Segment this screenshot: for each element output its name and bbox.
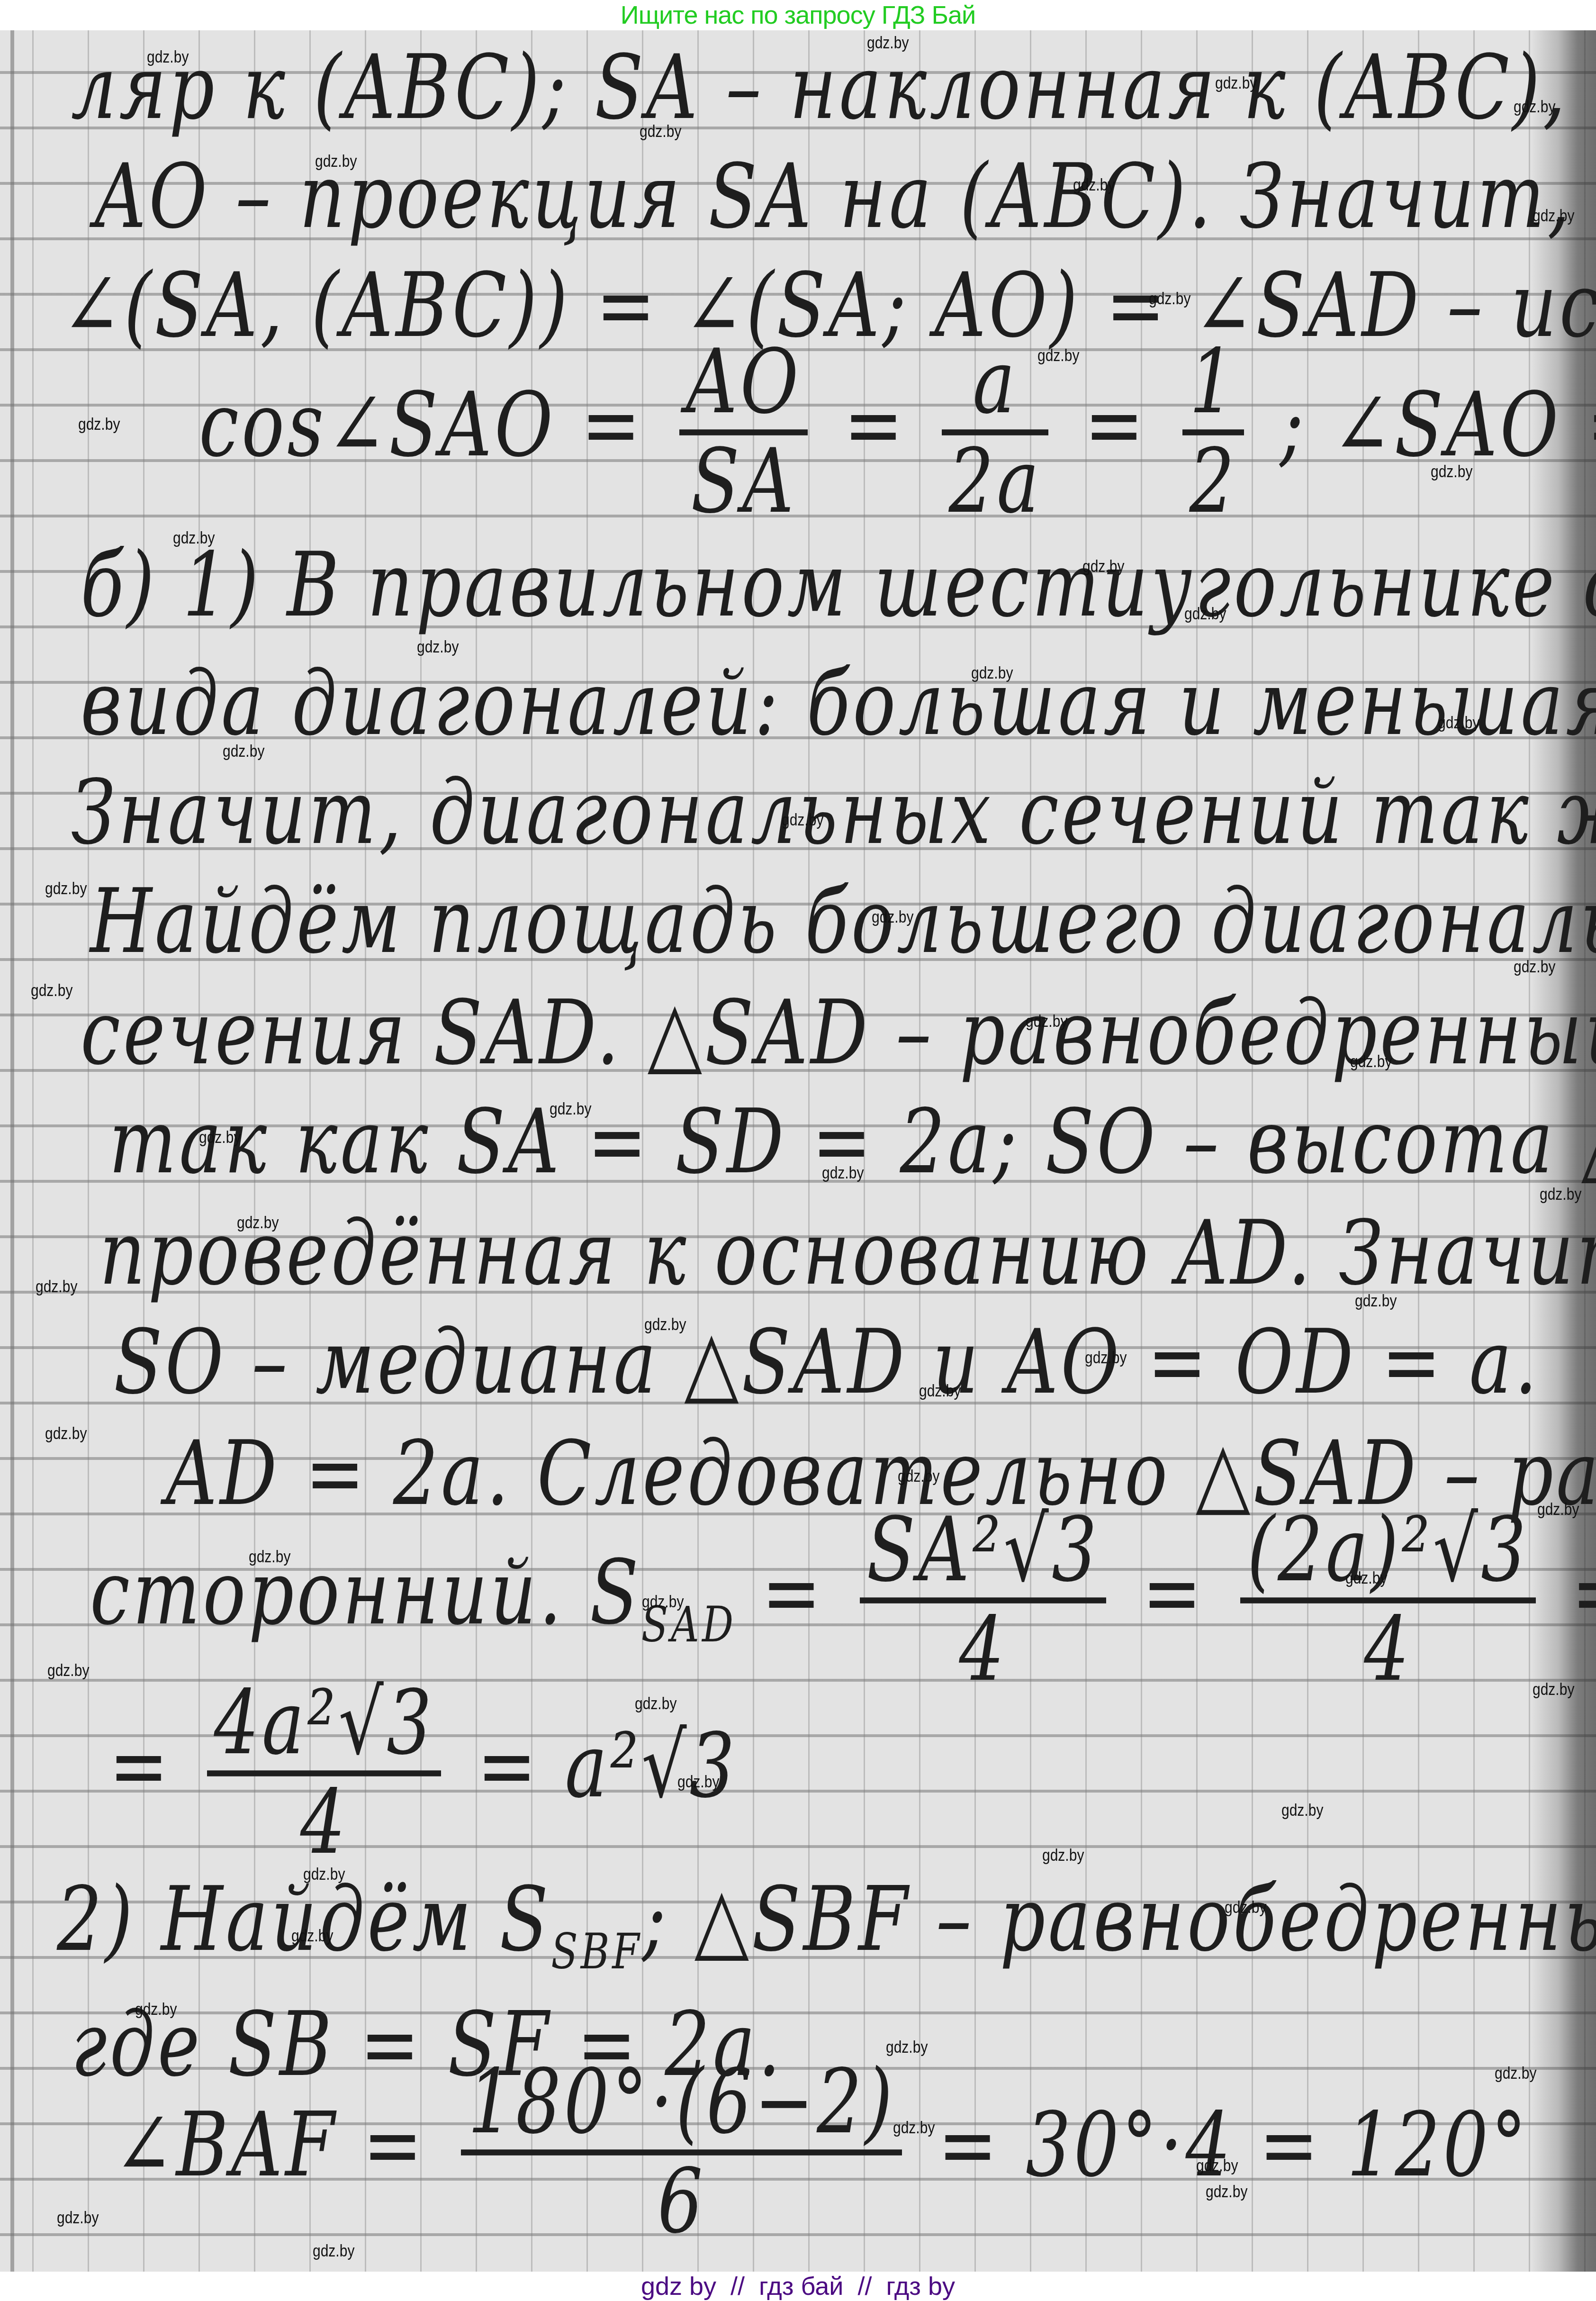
line-text: = 30°·4 = 120° xyxy=(938,2093,1530,2197)
top-banner: Ищите нас по запросу ГДЗ Бай xyxy=(0,0,1596,30)
fraction-denominator: 6 xyxy=(461,2155,902,2248)
watermark-label: gdz.by xyxy=(1345,1569,1387,1588)
handwritten-line: ляр к (ABC); SA – наклонная к (ABC), xyxy=(71,36,1568,140)
watermark-label: gdz.by xyxy=(1225,1899,1266,1917)
notebook-margin-line xyxy=(10,30,14,2272)
line-text: сторонний. xyxy=(90,1541,564,1645)
line-text: Найдём площадь большего диагонального xyxy=(90,870,1596,974)
watermark-label: gdz.by xyxy=(313,2242,354,2261)
fraction-denominator: 4 xyxy=(860,1603,1106,1696)
line-text: SO – медиана △SAD и AO = OD = a. xyxy=(114,1311,1540,1414)
watermark-label: gdz.by xyxy=(1438,714,1479,733)
watermark-label: gdz.by xyxy=(291,1927,333,1946)
watermark-label: gdz.by xyxy=(642,1593,684,1612)
handwritten-line: б) 1) В правильном шестиугольнике два xyxy=(81,534,1596,637)
line-text: вида диагоналей: большая и меньшая. xyxy=(81,652,1596,756)
watermark-label: gdz.by xyxy=(872,908,913,927)
fraction-denominator: 4 xyxy=(1240,1603,1535,1696)
watermark-label: gdz.by xyxy=(135,2001,177,2019)
area-label: S xyxy=(499,1868,551,1972)
handwritten-line: проведённая к основанию AD. Значит, xyxy=(99,1202,1596,1305)
fraction: 4a²√34 xyxy=(207,1677,441,1869)
watermark-label: gdz.by xyxy=(677,1773,719,1792)
watermark-label: gdz.by xyxy=(199,1129,241,1147)
fraction-denominator: 4 xyxy=(207,1776,441,1869)
watermark-label: gdz.by xyxy=(898,1468,939,1486)
fraction-numerator: (2a)²√3 xyxy=(1240,1504,1535,1603)
watermark-label: gdz.by xyxy=(47,1662,89,1680)
watermark-label: gdz.by xyxy=(640,123,681,141)
line-text: ляр к (ABC); SA – наклонная к (ABC), xyxy=(71,36,1568,140)
handwritten-line: SO – медиана △SAD и AO = OD = a. xyxy=(114,1311,1540,1414)
equals-sign: = xyxy=(762,1541,824,1645)
fraction-numerator: AO xyxy=(679,336,808,435)
watermark-label: gdz.by xyxy=(1514,98,1555,117)
bottom-banner: gdz by // гдз бай // гдз by xyxy=(0,2272,1596,2301)
watermark-label: gdz.by xyxy=(36,1278,77,1296)
watermark-label: gdz.by xyxy=(822,1164,864,1183)
fraction-numerator: 180°·(6−2) xyxy=(461,2056,902,2155)
handwritten-line: Значит, диагональных сечений так же два. xyxy=(71,761,1596,865)
watermark-label: gdz.by xyxy=(1514,958,1555,977)
handwritten-line-cos-formula: cos∠SAO = AOSA = a2a = 12 ; ∠SAO = 60° xyxy=(199,336,1596,528)
fraction-denominator: SA xyxy=(679,435,808,528)
watermark-label: gdz.by xyxy=(1082,558,1124,576)
line-text: 2) Найдём xyxy=(57,1868,474,1972)
fraction: 180°·(6−2)6 xyxy=(461,2056,902,2248)
watermark-label: gdz.by xyxy=(893,2119,935,2138)
area-subscript: SBF xyxy=(551,1923,642,1980)
line-text: = a²√3 xyxy=(477,1714,738,1818)
watermark-label: gdz.by xyxy=(237,1214,279,1232)
watermark-label: gdz.by xyxy=(1073,176,1115,195)
line-text: б) 1) В правильном шестиугольнике два xyxy=(81,534,1596,637)
fraction-numerator: 4a²√3 xyxy=(207,1677,441,1776)
line-text: cos∠SAO = xyxy=(199,373,643,477)
area-label: S xyxy=(590,1541,641,1645)
watermark-label: gdz.by xyxy=(886,2038,928,2057)
watermark-label: gdz.by xyxy=(1533,207,1574,226)
fraction: 12 xyxy=(1182,336,1244,528)
watermark-label: gdz.by xyxy=(1355,1292,1397,1311)
watermark-label: gdz.by xyxy=(1042,1847,1084,1865)
watermark-label: gdz.by xyxy=(635,1695,676,1713)
fraction: SA²√34 xyxy=(860,1504,1106,1696)
fraction-denominator: 2a xyxy=(942,435,1048,528)
fraction: a2a xyxy=(942,336,1048,528)
line-text: ; ∠SAO = 60° xyxy=(1280,373,1596,477)
line-text: Значит, диагональных сечений так же два. xyxy=(71,761,1596,865)
watermark-label: gdz.by xyxy=(971,664,1013,683)
watermark-label: gdz.by xyxy=(1215,74,1257,93)
watermark-label: gdz.by xyxy=(1196,2157,1238,2175)
watermark-label: gdz.by xyxy=(782,811,823,830)
watermark-label: gdz.by xyxy=(1184,605,1226,624)
handwritten-line: вида диагоналей: большая и меньшая. xyxy=(81,652,1596,756)
watermark-label: gdz.by xyxy=(147,48,189,67)
watermark-label: gdz.by xyxy=(1495,2065,1536,2083)
fraction-numerator: 1 xyxy=(1182,336,1244,435)
equals-sign: = xyxy=(1084,373,1147,477)
watermark-label: gdz.by xyxy=(31,982,72,1000)
watermark-label: gdz.by xyxy=(1149,290,1190,308)
watermark-label: gdz.by xyxy=(45,880,87,898)
equals-sign: = xyxy=(1142,1541,1205,1645)
watermark-label: gdz.by xyxy=(919,1382,961,1401)
fraction-numerator: SA²√3 xyxy=(860,1504,1106,1603)
watermark-label: gdz.by xyxy=(644,1316,686,1334)
line-text: ∠BAF = xyxy=(114,2093,425,2197)
equals-sign: = xyxy=(109,1714,171,1818)
handwritten-line-angle-formula: ∠BAF = 180°·(6−2)6 = 30°·4 = 120° xyxy=(114,2056,1529,2248)
watermark-label: gdz.by xyxy=(315,153,357,171)
line-text: ; △SBF – равнобедренный, xyxy=(642,1868,1596,1972)
watermark-label: gdz.by xyxy=(417,638,459,657)
watermark-label: gdz.by xyxy=(550,1100,591,1119)
watermark-label: gdz.by xyxy=(1540,1186,1581,1204)
watermark-label: gdz.by xyxy=(1026,1013,1067,1031)
area-symbol: SSBF xyxy=(499,1868,642,1972)
watermark-label: gdz.by xyxy=(1537,1501,1579,1519)
search-us-banner-text: Ищите нас по запросу ГДЗ Бай xyxy=(621,1,975,29)
fraction-denominator: 2 xyxy=(1182,435,1244,528)
watermark-label: gdz.by xyxy=(1206,2183,1247,2201)
watermark-label: gdz.by xyxy=(249,1548,290,1567)
fraction: AOSA xyxy=(679,336,808,528)
watermark-label: gdz.by xyxy=(78,416,120,434)
watermark-label: gdz.by xyxy=(303,1866,345,1884)
watermark-label: gdz.by xyxy=(1533,1681,1574,1699)
watermark-label: gdz.by xyxy=(173,529,215,548)
watermark-label: gdz.by xyxy=(1037,347,1079,365)
watermark-label: gdz.by xyxy=(57,2209,99,2228)
watermark-label: gdz.by xyxy=(1431,463,1472,481)
watermark-label: gdz.by xyxy=(1350,1053,1392,1071)
watermark-label: gdz.by xyxy=(1085,1349,1127,1368)
watermark-label: gdz.by xyxy=(223,743,264,761)
handwritten-line-area-formula: сторонний. SSAD = SA²√34 = (2a)²√34 = xyxy=(90,1504,1596,1696)
line-text: проведённая к основанию AD. Значит, xyxy=(99,1202,1596,1305)
fraction: (2a)²√34 xyxy=(1240,1504,1535,1696)
fraction-numerator: a xyxy=(942,336,1048,435)
site-names-banner-text: gdz by // гдз бай // гдз by xyxy=(641,2272,955,2301)
watermark-label: gdz.by xyxy=(45,1425,87,1443)
watermark-label: gdz.by xyxy=(867,34,909,53)
watermark-label: gdz.by xyxy=(1281,1802,1323,1820)
handwritten-line: 2) Найдём SSBF; △SBF – равнобедренный, xyxy=(57,1868,1596,1980)
equals-sign: = xyxy=(844,373,906,477)
handwritten-line: Найдём площадь большего диагонального xyxy=(90,870,1596,974)
equals-sign: = xyxy=(1571,1541,1596,1645)
